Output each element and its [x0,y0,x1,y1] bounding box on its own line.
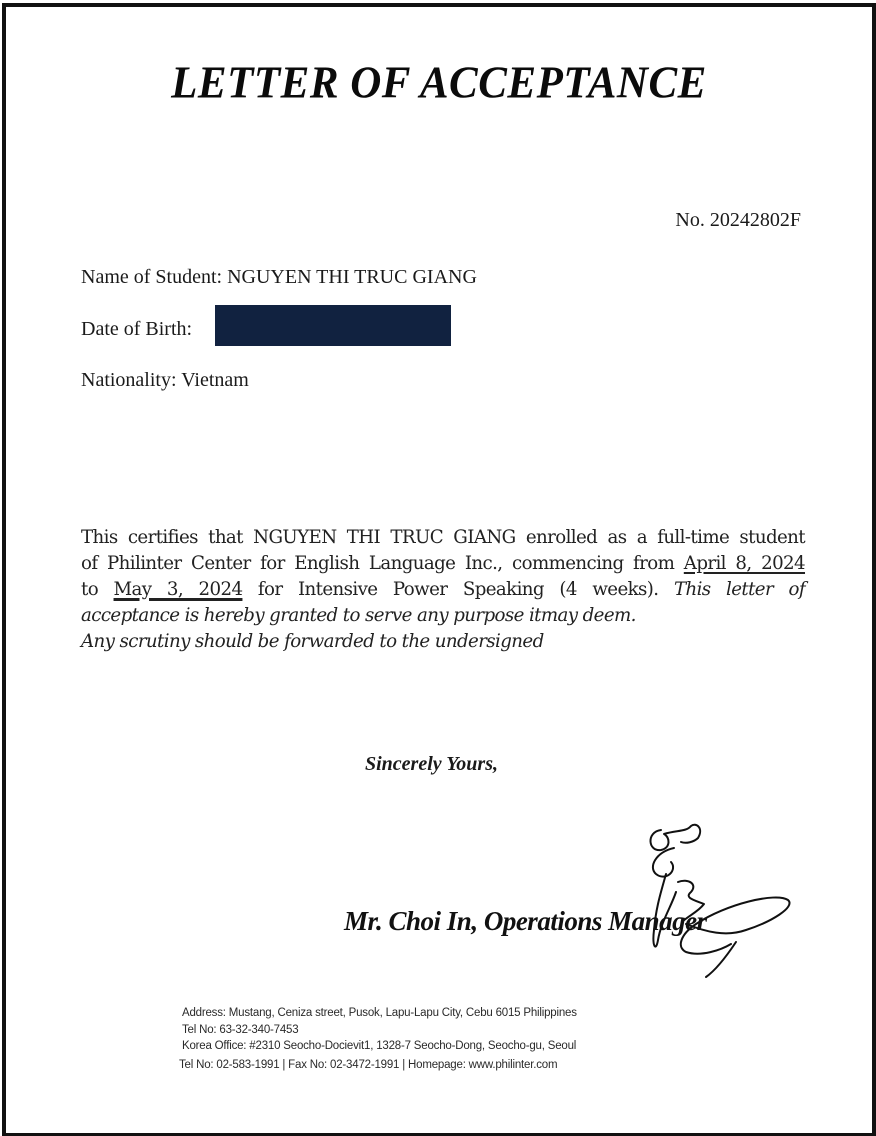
footer-contact-korea: Tel No: 02-583-1991 | Fax No: 02-3472-19… [179,1057,577,1074]
student-name-value: NGUYEN THI TRUC GIANG [227,266,477,288]
body-line-2: of Philinter Center for English Language… [81,551,805,577]
certification-paragraph: This certifies that NGUYEN THI TRUC GIAN… [81,525,805,655]
end-date: May 3, 2024 [114,579,243,600]
handwritten-signature-icon [650,825,789,977]
student-name-field: Name of Student: NGUYEN THI TRUC GIANG [81,266,477,289]
footer-korea-office: Korea Office: #2310 Seocho-Docievit1, 13… [182,1038,577,1055]
body-line-1: This certifies that NGUYEN THI TRUC GIAN… [81,525,805,551]
body-line-4: acceptance is hereby granted to serve an… [81,603,805,629]
footer-address: Address: Mustang, Ceniza street, Pusok, … [182,1005,577,1022]
document-title: LETTER OF ACCEPTANCE [6,58,872,109]
date-of-birth-redaction [215,305,451,346]
letterhead-footer: Address: Mustang, Ceniza street, Pusok, … [182,1005,577,1073]
start-date: April 8, 2024 [684,553,805,574]
signature-image: Mr. Choi In, Operations Manager [326,812,806,992]
nationality-value: Vietnam [181,369,249,391]
date-of-birth-label: Date of Birth: [81,318,192,340]
date-of-birth-field: Date of Birth: [81,318,192,341]
nationality-field: Nationality: Vietnam [81,369,249,392]
body-line-3: to May 3, 2024 for Intensive Power Speak… [81,577,805,603]
letter-page: LETTER OF ACCEPTANCE No. 20242802F Name … [2,3,876,1136]
reference-number: No. 20242802F [675,209,801,232]
nationality-label: Nationality: [81,369,177,391]
footer-tel-philippines: Tel No: 63-32-340-7453 [182,1022,577,1039]
closing-salutation: Sincerely Yours, [365,753,498,776]
body-line-5: Any scrutiny should be forwarded to the … [81,629,805,655]
student-name-label: Name of Student: [81,266,222,288]
